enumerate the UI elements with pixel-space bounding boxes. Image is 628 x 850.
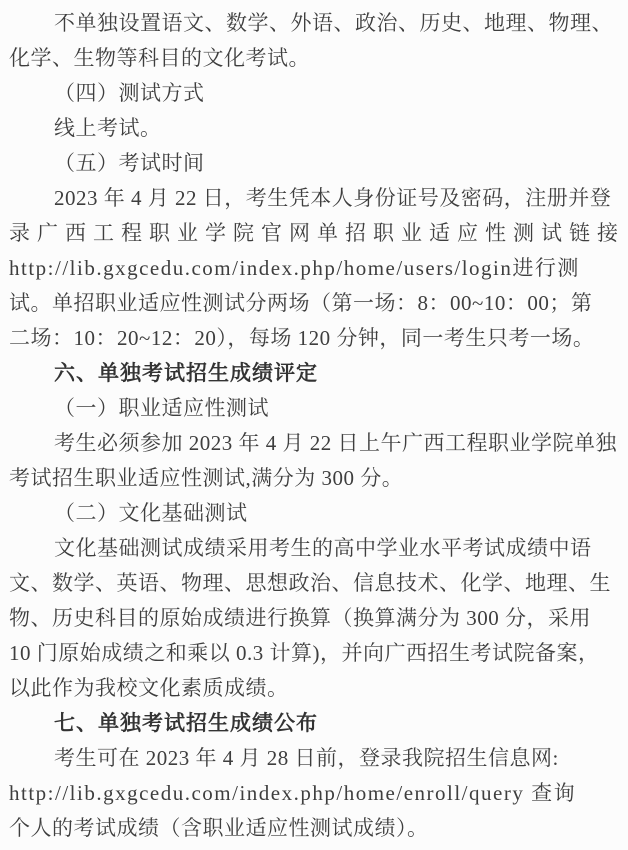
document-page: 不单独设置语文、数学、外语、政治、历史、地理、物理、 化学、生物等科目的文化考试… [0, 0, 628, 850]
doc-line: 考试招生职业适应性测试,满分为 300 分。 [9, 461, 622, 496]
doc-line: 个人的考试成绩（含职业适应性测试成绩）。 [9, 811, 622, 846]
subsection-heading-5: （五）考试时间 [9, 146, 622, 181]
section-heading-6: 六、单独考试招生成绩评定 [9, 356, 622, 391]
doc-line: 文化基础测试成绩采用考生的高中学业水平考试成绩中语 [9, 531, 622, 566]
login-url-text: http://lib.gxgcedu.com/index.php/home/us… [9, 251, 622, 286]
doc-line: 二场：10：20~12：20），每场 120 分钟，同一考生只考一场。 [9, 321, 622, 356]
doc-line: 化学、生物等科目的文化考试。 [9, 41, 622, 76]
doc-line: 不单独设置语文、数学、外语、政治、历史、地理、物理、 [9, 6, 622, 41]
subsection-heading-1: （一）职业适应性测试 [9, 391, 622, 426]
doc-line: 线上考试。 [9, 111, 622, 146]
query-url-text: http://lib.gxgcedu.com/index.php/home/en… [9, 776, 622, 811]
subsection-heading-2: （二）文化基础测试 [9, 496, 622, 531]
doc-line: 考生必须参加 2023 年 4 月 22 日上午广西工程职业学院单独 [9, 426, 622, 461]
subsection-heading-4: （四）测试方式 [9, 76, 622, 111]
doc-line: 试。单招职业适应性测试分两场（第一场：8：00~10：00；第 [9, 286, 622, 321]
doc-line: 文、数学、英语、物理、思想政治、信息技术、化学、地理、生 [9, 566, 622, 601]
doc-line: 录广西工程职业学院官网单招职业适应性测试链接 [9, 216, 622, 251]
doc-line: 考生可在 2023 年 4 月 28 日前，登录我院招生信息网: [9, 741, 622, 776]
doc-line: 2023 年 4 月 22 日，考生凭本人身份证号及密码，注册并登 [9, 181, 622, 216]
doc-line: 10 门原始成绩之和乘以 0.3 计算)，并向广西招生考试院备案， [9, 636, 622, 671]
doc-line: 以此作为我校文化素质成绩。 [9, 671, 622, 706]
doc-line: 物、历史科目的原始成绩进行换算（换算满分为 300 分，采用 [9, 601, 622, 636]
section-heading-7: 七、单独考试招生成绩公布 [9, 706, 622, 741]
